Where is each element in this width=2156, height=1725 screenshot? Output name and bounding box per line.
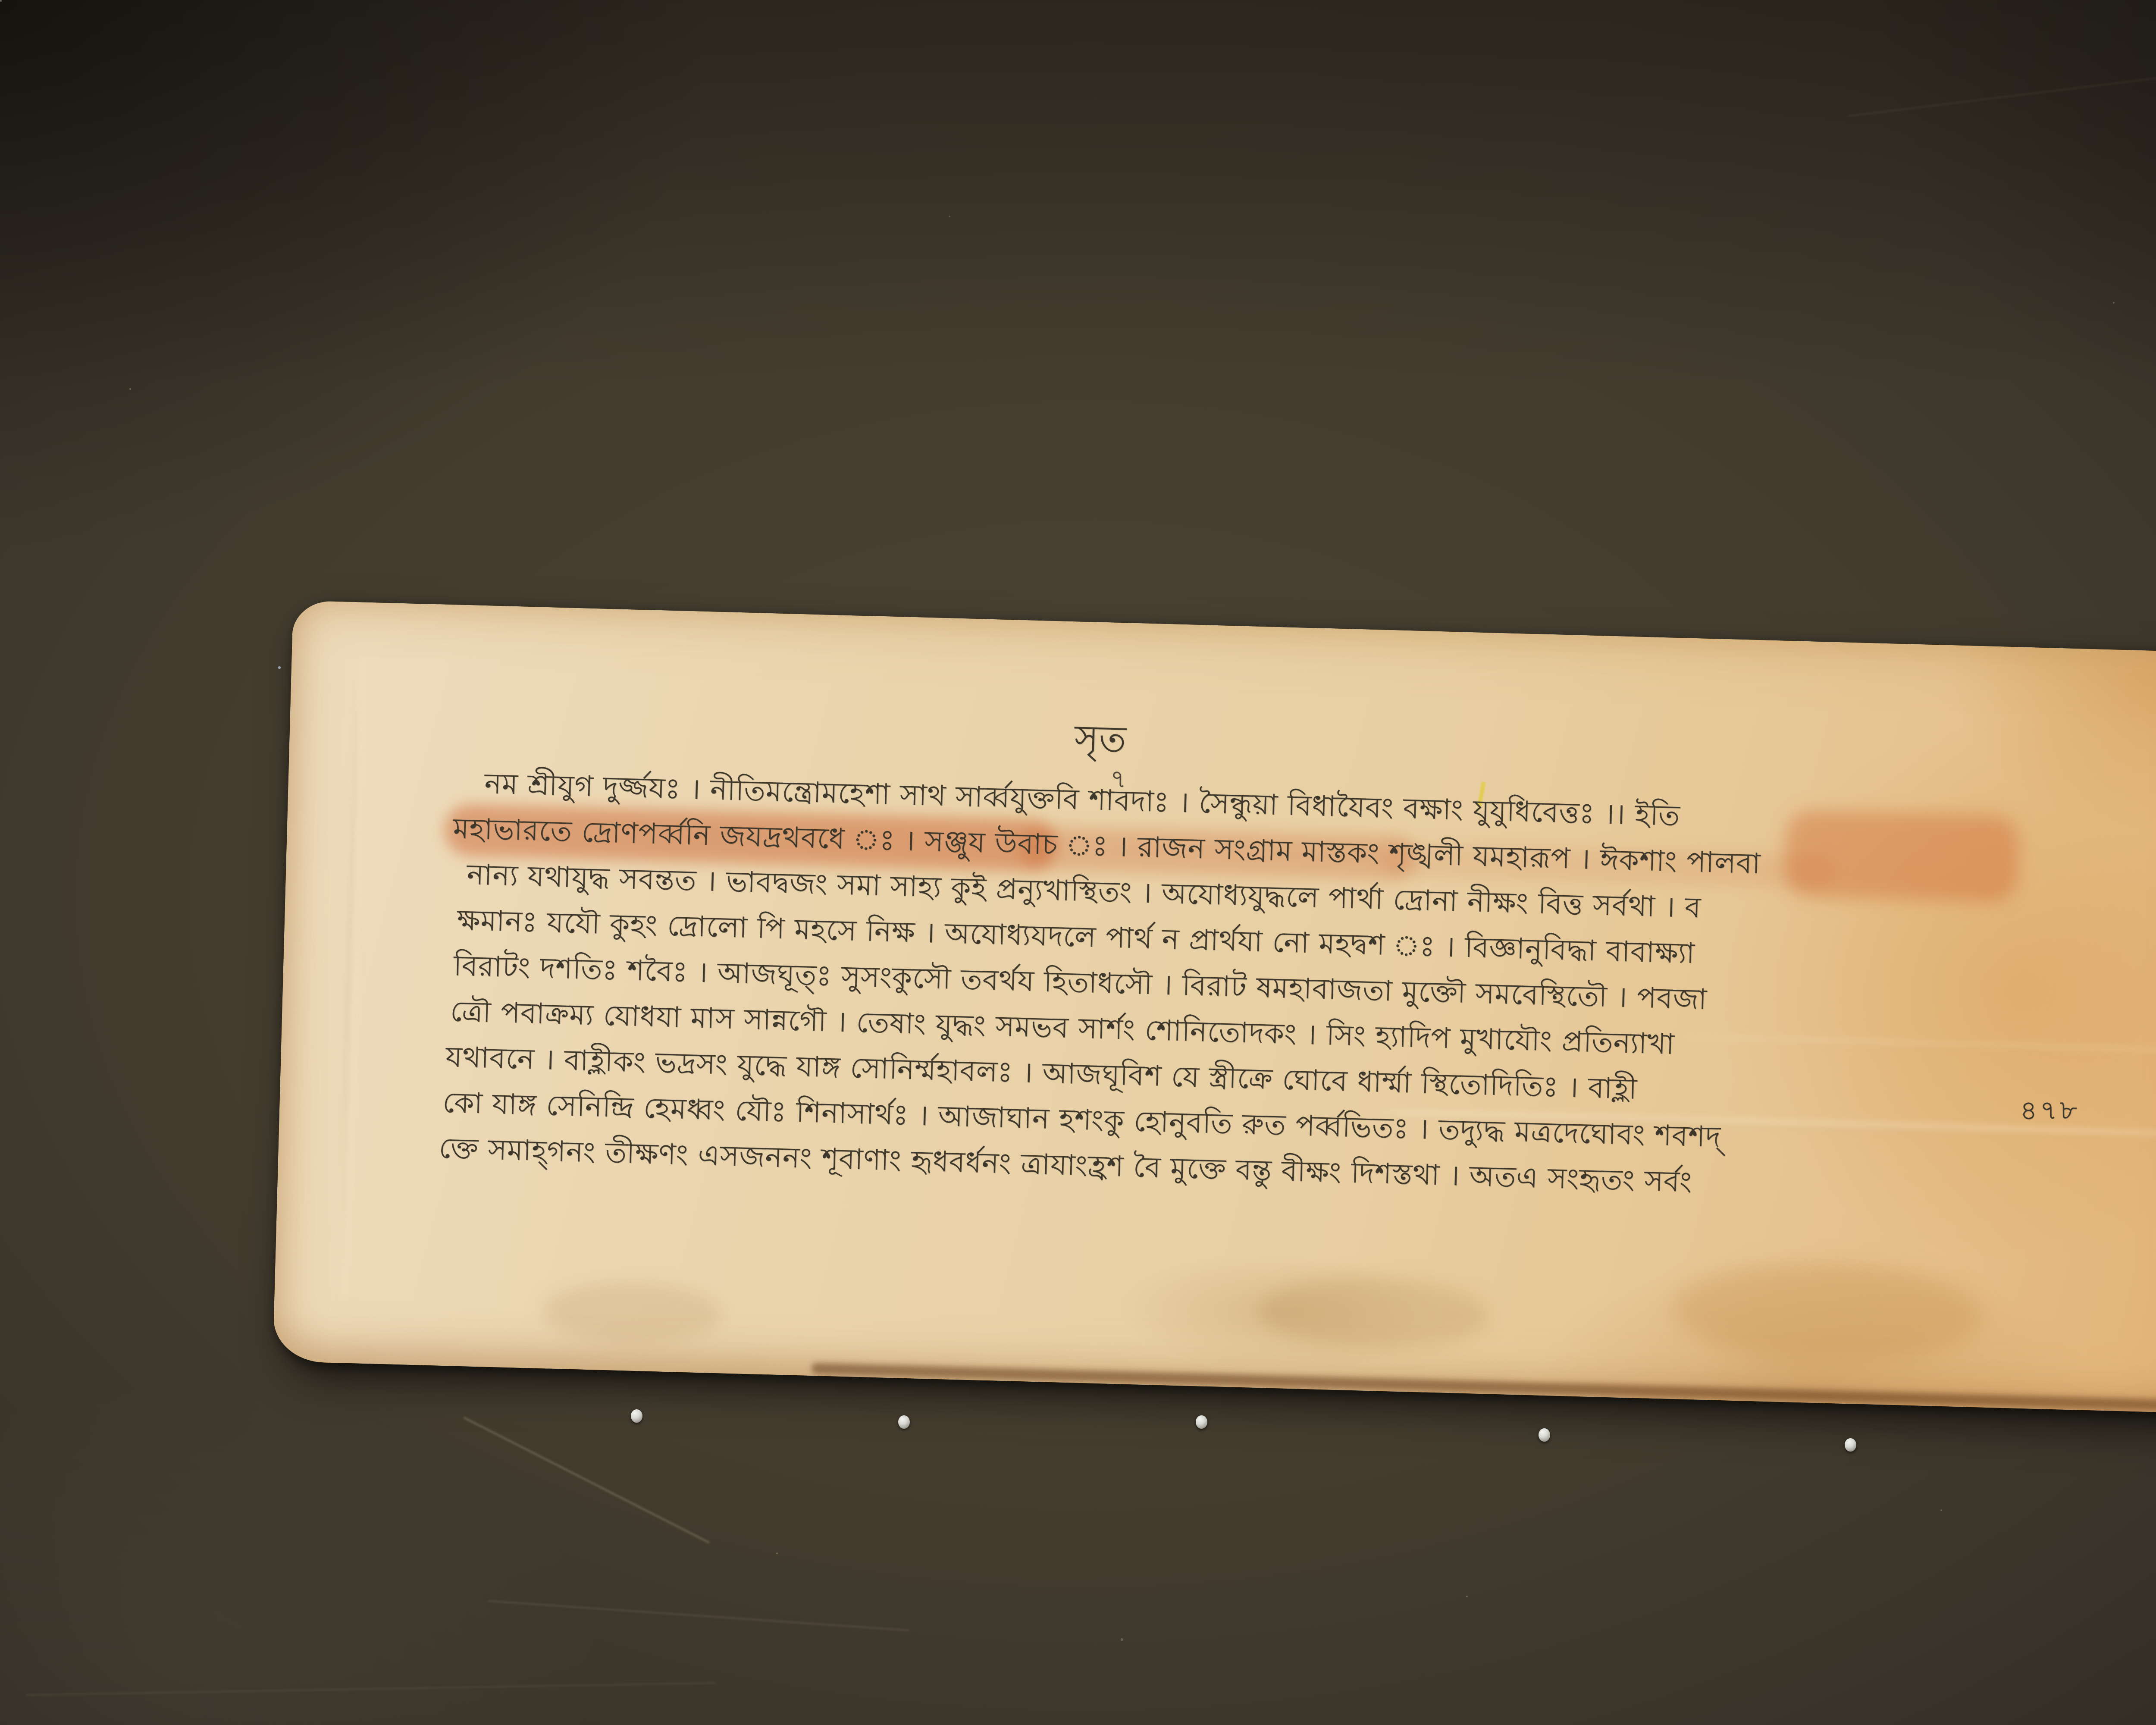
mounting-pin [1845,1438,1856,1452]
scratch-mark [488,1600,909,1631]
paper-stain [1670,1259,1984,1366]
folio-number: ৪৭৮ [2020,1090,2080,1135]
board-corner-shadow-left [0,0,733,561]
mounting-pin [898,1415,910,1429]
paper-crease [1683,1033,2156,1055]
dust-specks [0,0,2,2]
paper-crease [339,654,368,1301]
paper-stain [1257,1273,1491,1353]
paper-stain [541,1280,724,1345]
mounting-pin [1196,1415,1207,1429]
scratch-mark [463,1417,710,1543]
mounting-pin [1539,1428,1550,1442]
scratch-mark [26,1682,716,1696]
backing-board: সৃত ৭ নম শ্রীযুগ দুর্জ্জযঃ । নীতিমন্ত্রো… [0,0,2156,1725]
manuscript-page: সৃত ৭ নম শ্রীযুগ দুর্জ্জযঃ । নীতিমন্ত্রো… [273,600,2156,1413]
mounting-pin [631,1409,642,1423]
burnt-bottom-edge [812,1363,2156,1411]
